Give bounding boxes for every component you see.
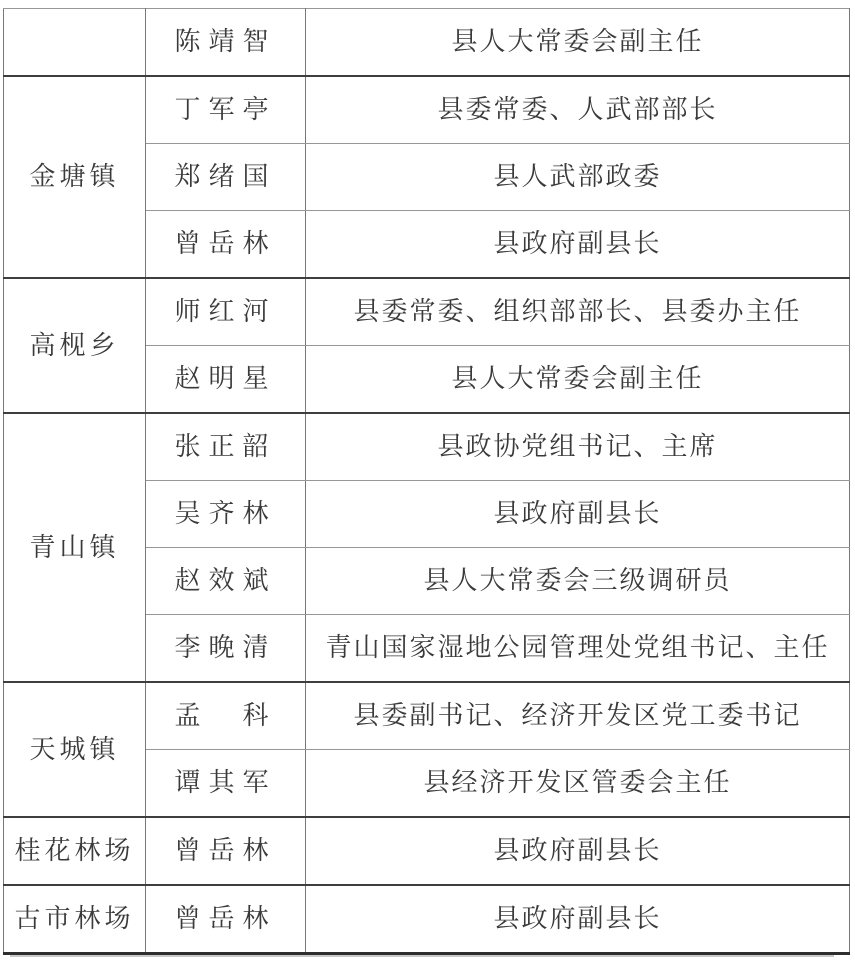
name-cell: 曾岳林	[146, 885, 306, 954]
document-page: 陈靖智 县人大常委会副主任 金塘镇 丁军亭 县委常委、人武部部长 郑绪国 县人武…	[0, 0, 855, 961]
region-cell: 古市林场	[4, 885, 146, 954]
title-cell: 县委常委、组织部部长、县委办主任	[306, 278, 850, 346]
name-cell: 张正韶	[146, 413, 306, 481]
name-cell: 丁军亭	[146, 76, 306, 144]
name-cell: 李晚清	[146, 615, 306, 683]
table-row: 青山镇 张正韶 县政协党组书记、主席	[4, 413, 850, 481]
table-row: 高枧乡 师红河 县委常委、组织部部长、县委办主任	[4, 278, 850, 346]
region-cell: 金塘镇	[4, 76, 146, 278]
title-cell: 县委副书记、经济开发区党工委书记	[306, 682, 850, 750]
title-cell: 县政协党组书记、主席	[306, 413, 850, 481]
name-cell: 曾岳林	[146, 211, 306, 279]
name-cell: 曾岳林	[146, 817, 306, 885]
region-cell: 桂花林场	[4, 817, 146, 885]
title-cell: 县人武部政委	[306, 144, 850, 211]
title-cell: 青山国家湿地公园管理处党组书记、主任	[306, 615, 850, 683]
table-row: 金塘镇 丁军亭 县委常委、人武部部长	[4, 76, 850, 144]
title-cell: 县政府副县长	[306, 211, 850, 279]
name-cell: 郑绪国	[146, 144, 306, 211]
title-cell: 县政府副县长	[306, 817, 850, 885]
name-cell: 吴齐林	[146, 481, 306, 548]
table-row: 古市林场 曾岳林 县政府副县长	[4, 885, 850, 954]
title-cell: 县政府副县长	[306, 481, 850, 548]
region-cell: 高枧乡	[4, 278, 146, 413]
region-cell	[4, 9, 146, 77]
title-cell: 县政府副县长	[306, 885, 850, 954]
title-cell: 县经济开发区管委会主任	[306, 750, 850, 818]
officials-table: 陈靖智 县人大常委会副主任 金塘镇 丁军亭 县委常委、人武部部长 郑绪国 县人武…	[3, 8, 850, 955]
name-cell: 赵明星	[146, 346, 306, 414]
title-cell: 县人大常委会三级调研员	[306, 548, 850, 615]
table-row: 桂花林场 曾岳林 县政府副县长	[4, 817, 850, 885]
name-cell: 孟 科	[146, 682, 306, 750]
title-cell: 县人大常委会副主任	[306, 9, 850, 77]
name-cell: 谭其军	[146, 750, 306, 818]
table-row: 陈靖智 县人大常委会副主任	[4, 9, 850, 77]
region-cell: 青山镇	[4, 413, 146, 682]
region-cell: 天城镇	[4, 682, 146, 817]
name-cell: 陈靖智	[146, 9, 306, 77]
table-row: 天城镇 孟 科 县委副书记、经济开发区党工委书记	[4, 682, 850, 750]
title-cell: 县人大常委会副主任	[306, 346, 850, 414]
name-cell: 赵效斌	[146, 548, 306, 615]
page-scan-edge-line	[10, 955, 834, 957]
name-cell: 师红河	[146, 278, 306, 346]
title-cell: 县委常委、人武部部长	[306, 76, 850, 144]
officials-table-body: 陈靖智 县人大常委会副主任 金塘镇 丁军亭 县委常委、人武部部长 郑绪国 县人武…	[4, 9, 850, 954]
